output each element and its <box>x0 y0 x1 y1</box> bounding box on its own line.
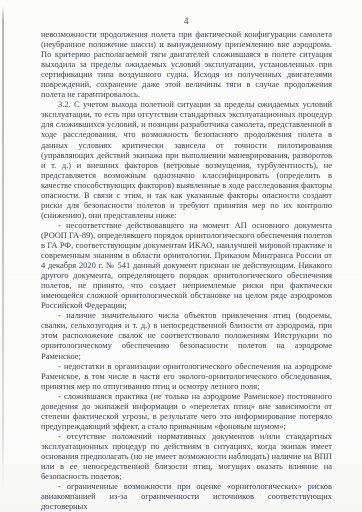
document-page: 4 невозможности продолжения полета при ф… <box>0 0 362 512</box>
hazard-factor-ornithology-deficiencies: - недостатки в организации орнитологичес… <box>41 361 332 391</box>
paragraph-3-2: 3.2. С учетом выхода полетной ситуации з… <box>41 99 332 220</box>
paragraph-flight-continuation: невозможности продолжения полета при фак… <box>41 29 332 99</box>
page-number: 4 <box>41 16 332 26</box>
document-body: невозможности продолжения полета при фак… <box>41 29 332 511</box>
hazard-factor-roop-ga89: - несоответствие действовавшего на момен… <box>41 220 332 310</box>
hazard-factor-missing-procedures: - отсутствие положений нормативных докум… <box>41 431 332 481</box>
hazard-factor-bird-attraction-sites: - наличие значительного числа объектов п… <box>41 310 332 360</box>
hazard-factor-limited-risk-assessment: - ограниченные возможности при оценке «о… <box>41 481 332 511</box>
hazard-factor-bird-info-practice: - сложившаяся практика (не только на аэр… <box>41 391 332 431</box>
scan-edge-artifact <box>2 6 4 492</box>
